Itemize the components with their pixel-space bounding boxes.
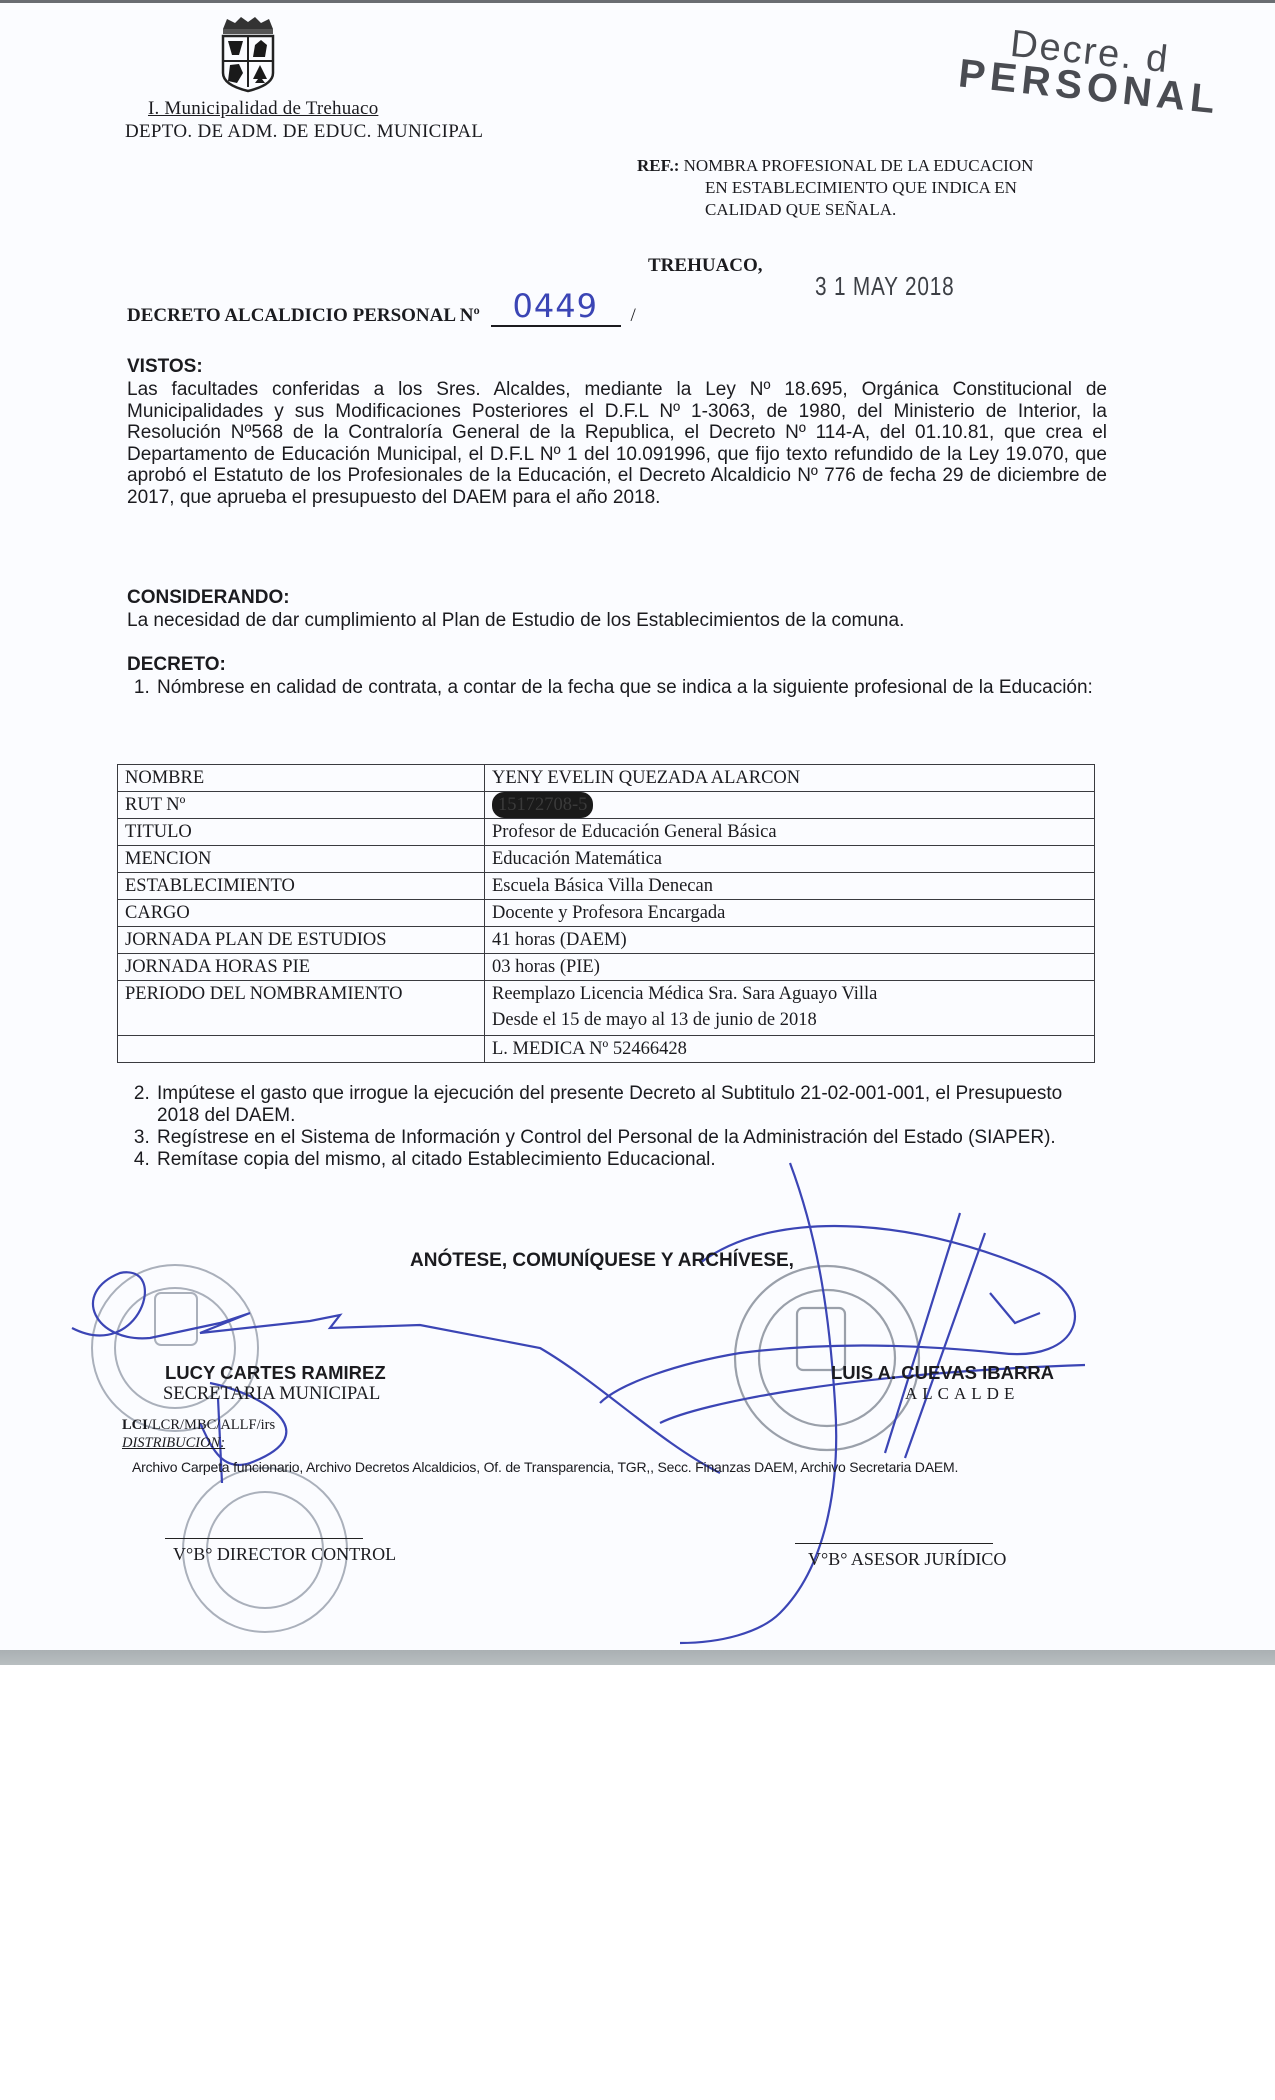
table-row: MENCIONEducación Matemática — [118, 846, 1095, 873]
row-value: 41 horas (DAEM) — [485, 927, 1095, 954]
row-label: JORNADA PLAN DE ESTUDIOS — [118, 927, 485, 954]
table-row: L. MEDICA Nº 52466428 — [118, 1036, 1095, 1063]
row-label: ESTABLECIMIENTO — [118, 873, 485, 900]
row-value: Educación Matemática — [485, 846, 1095, 873]
table-row: RUT Nº15172708-5 — [118, 792, 1095, 819]
row-label: MENCION — [118, 846, 485, 873]
row-value: Reemplazo Licencia Médica Sra. Sara Agua… — [485, 981, 1095, 1036]
closing-formula: ANÓTESE, COMUNÍQUESE Y ARCHÍVESE, — [410, 1250, 794, 1272]
vistos-heading: VISTOS: — [127, 355, 1107, 379]
considerando-section: CONSIDERANDO: La necesidad de dar cumpli… — [127, 586, 1107, 632]
row-label: NOMBRE — [118, 765, 485, 792]
table-row: CARGODocente y Profesora Encargada — [118, 900, 1095, 927]
decreto-item-4: Remítase copia del mismo, al citado Esta… — [155, 1149, 1107, 1171]
table-row: JORNADA HORAS PIE03 horas (PIE) — [118, 954, 1095, 981]
reference-line-3: CALIDAD QUE SEÑALA. — [637, 199, 1033, 221]
redacted-rut: 15172708-5 — [492, 792, 593, 818]
period-line-2: Desde el 15 de mayo al 13 de junio de 20… — [492, 1007, 1087, 1033]
alcalde-seal-icon — [735, 1266, 919, 1450]
alcalde-name: LUIS A. CUEVAS IBARRA — [831, 1362, 1054, 1384]
decreto-item-3: Regístrese en el Sistema de Información … — [155, 1127, 1107, 1149]
table-row: NOMBREYENY EVELIN QUEZADA ALARCON — [118, 765, 1095, 792]
decree-number-handwritten: 0449 — [513, 287, 598, 325]
table-row: JORNADA PLAN DE ESTUDIOS 41 horas (DAEM) — [118, 927, 1095, 954]
decree-number-suffix: / — [631, 305, 636, 326]
row-value: Docente y Profesora Encargada — [485, 900, 1095, 927]
decreto-section: DECRETO: Nómbrese en calidad de contrata… — [127, 653, 1107, 699]
row-value: YENY EVELIN QUEZADA ALARCON — [485, 765, 1095, 792]
distribution-list: Archivo Carpeta funcionario, Archivo Dec… — [132, 1459, 958, 1475]
row-label: RUT Nº — [118, 792, 485, 819]
period-line-1: Reemplazo Licencia Médica Sra. Sara Agua… — [492, 981, 1087, 1007]
reference-block: REF.: NOMBRA PROFESIONAL DE LA EDUCACION… — [637, 155, 1033, 221]
decreto-item-1: Nómbrese en calidad de contrata, a conta… — [155, 677, 1107, 699]
decree-number-label: DECRETO ALCALDICIO PERSONAL Nº — [127, 305, 480, 326]
appointment-table: NOMBREYENY EVELIN QUEZADA ALARCON RUT Nº… — [117, 764, 1095, 1063]
approval-asesor-juridico: V°B° ASESOR JURÍDICO — [808, 1549, 1006, 1570]
row-value: L. MEDICA Nº 52466428 — [485, 1036, 1095, 1063]
table-row: ESTABLECIMIENTOEscuela Básica Villa Dene… — [118, 873, 1095, 900]
secretaria-title: SECRETARIA MUNICIPAL — [163, 1384, 380, 1405]
row-label: TITULO — [118, 819, 485, 846]
row-label: JORNADA HORAS PIE — [118, 954, 485, 981]
decreto-item-2: Impútese el gasto que irrogue la ejecuci… — [155, 1083, 1107, 1127]
place: TREHUACO, — [648, 255, 763, 277]
row-label: CARGO — [118, 900, 485, 927]
row-value: Escuela Básica Villa Denecan — [485, 873, 1095, 900]
municipality-name: I. Municipalidad de Trehuaco — [148, 98, 378, 120]
signature-line-control — [165, 1538, 363, 1539]
row-label — [118, 1036, 485, 1063]
decree-number-field: 0449 — [491, 303, 621, 327]
considerando-text: La necesidad de dar cumplimiento al Plan… — [127, 610, 1107, 632]
row-value: Profesor de Educación General Básica — [485, 819, 1095, 846]
reference-line-1: NOMBRA PROFESIONAL DE LA EDUCACION — [684, 156, 1034, 175]
reference-label: REF.: — [637, 156, 679, 175]
department-name: DEPTO. DE ADM. DE EDUC. MUNICIPAL — [125, 121, 483, 143]
decreto-items-continued: Impútese el gasto que irrogue la ejecuci… — [127, 1083, 1107, 1171]
initials: LCI/LCR/MBC/ALLF/irs — [122, 1417, 275, 1434]
alcalde-title: ALCALDE — [905, 1384, 1019, 1404]
scan-edge-band — [0, 1650, 1275, 1665]
row-label: PERIODO DEL NOMBRAMIENTO — [118, 981, 485, 1036]
row-value: 03 horas (PIE) — [485, 954, 1095, 981]
scanned-document-page: I. Municipalidad de Trehuaco DEPTO. DE A… — [0, 0, 1275, 1658]
table-row: PERIODO DEL NOMBRAMIENTOReemplazo Licenc… — [118, 981, 1095, 1036]
decree-number-line: DECRETO ALCALDICIO PERSONAL Nº 0449 / — [127, 303, 636, 327]
distribution-heading: DISTRIBUCION: — [122, 1435, 225, 1452]
decreto-heading: DECRETO: — [127, 653, 1107, 677]
date-stamp: 3 1 MAY 2018 — [815, 271, 955, 302]
reference-line-2: EN ESTABLECIMIENTO QUE INDICA EN — [637, 177, 1033, 199]
table-row: TITULOProfesor de Educación General Bási… — [118, 819, 1095, 846]
row-value: 15172708-5 — [485, 792, 1095, 819]
considerando-heading: CONSIDERANDO: — [127, 586, 1107, 610]
municipal-coat-of-arms-icon — [215, 15, 281, 93]
initials-rest: /LCR/MBC/ALLF/irs — [148, 1417, 275, 1433]
vistos-text: Las facultades conferidas a los Sres. Al… — [127, 379, 1107, 509]
secretaria-seal-icon — [92, 1265, 258, 1431]
approval-director-control: V°B° DIRECTOR CONTROL — [173, 1544, 396, 1565]
vistos-section: VISTOS: Las facultades conferidas a los … — [127, 355, 1107, 509]
signature-line-juridico — [795, 1543, 993, 1544]
secretaria-name: LUCY CARTES RAMIREZ — [165, 1362, 386, 1384]
initials-bold: LCI — [122, 1417, 148, 1433]
